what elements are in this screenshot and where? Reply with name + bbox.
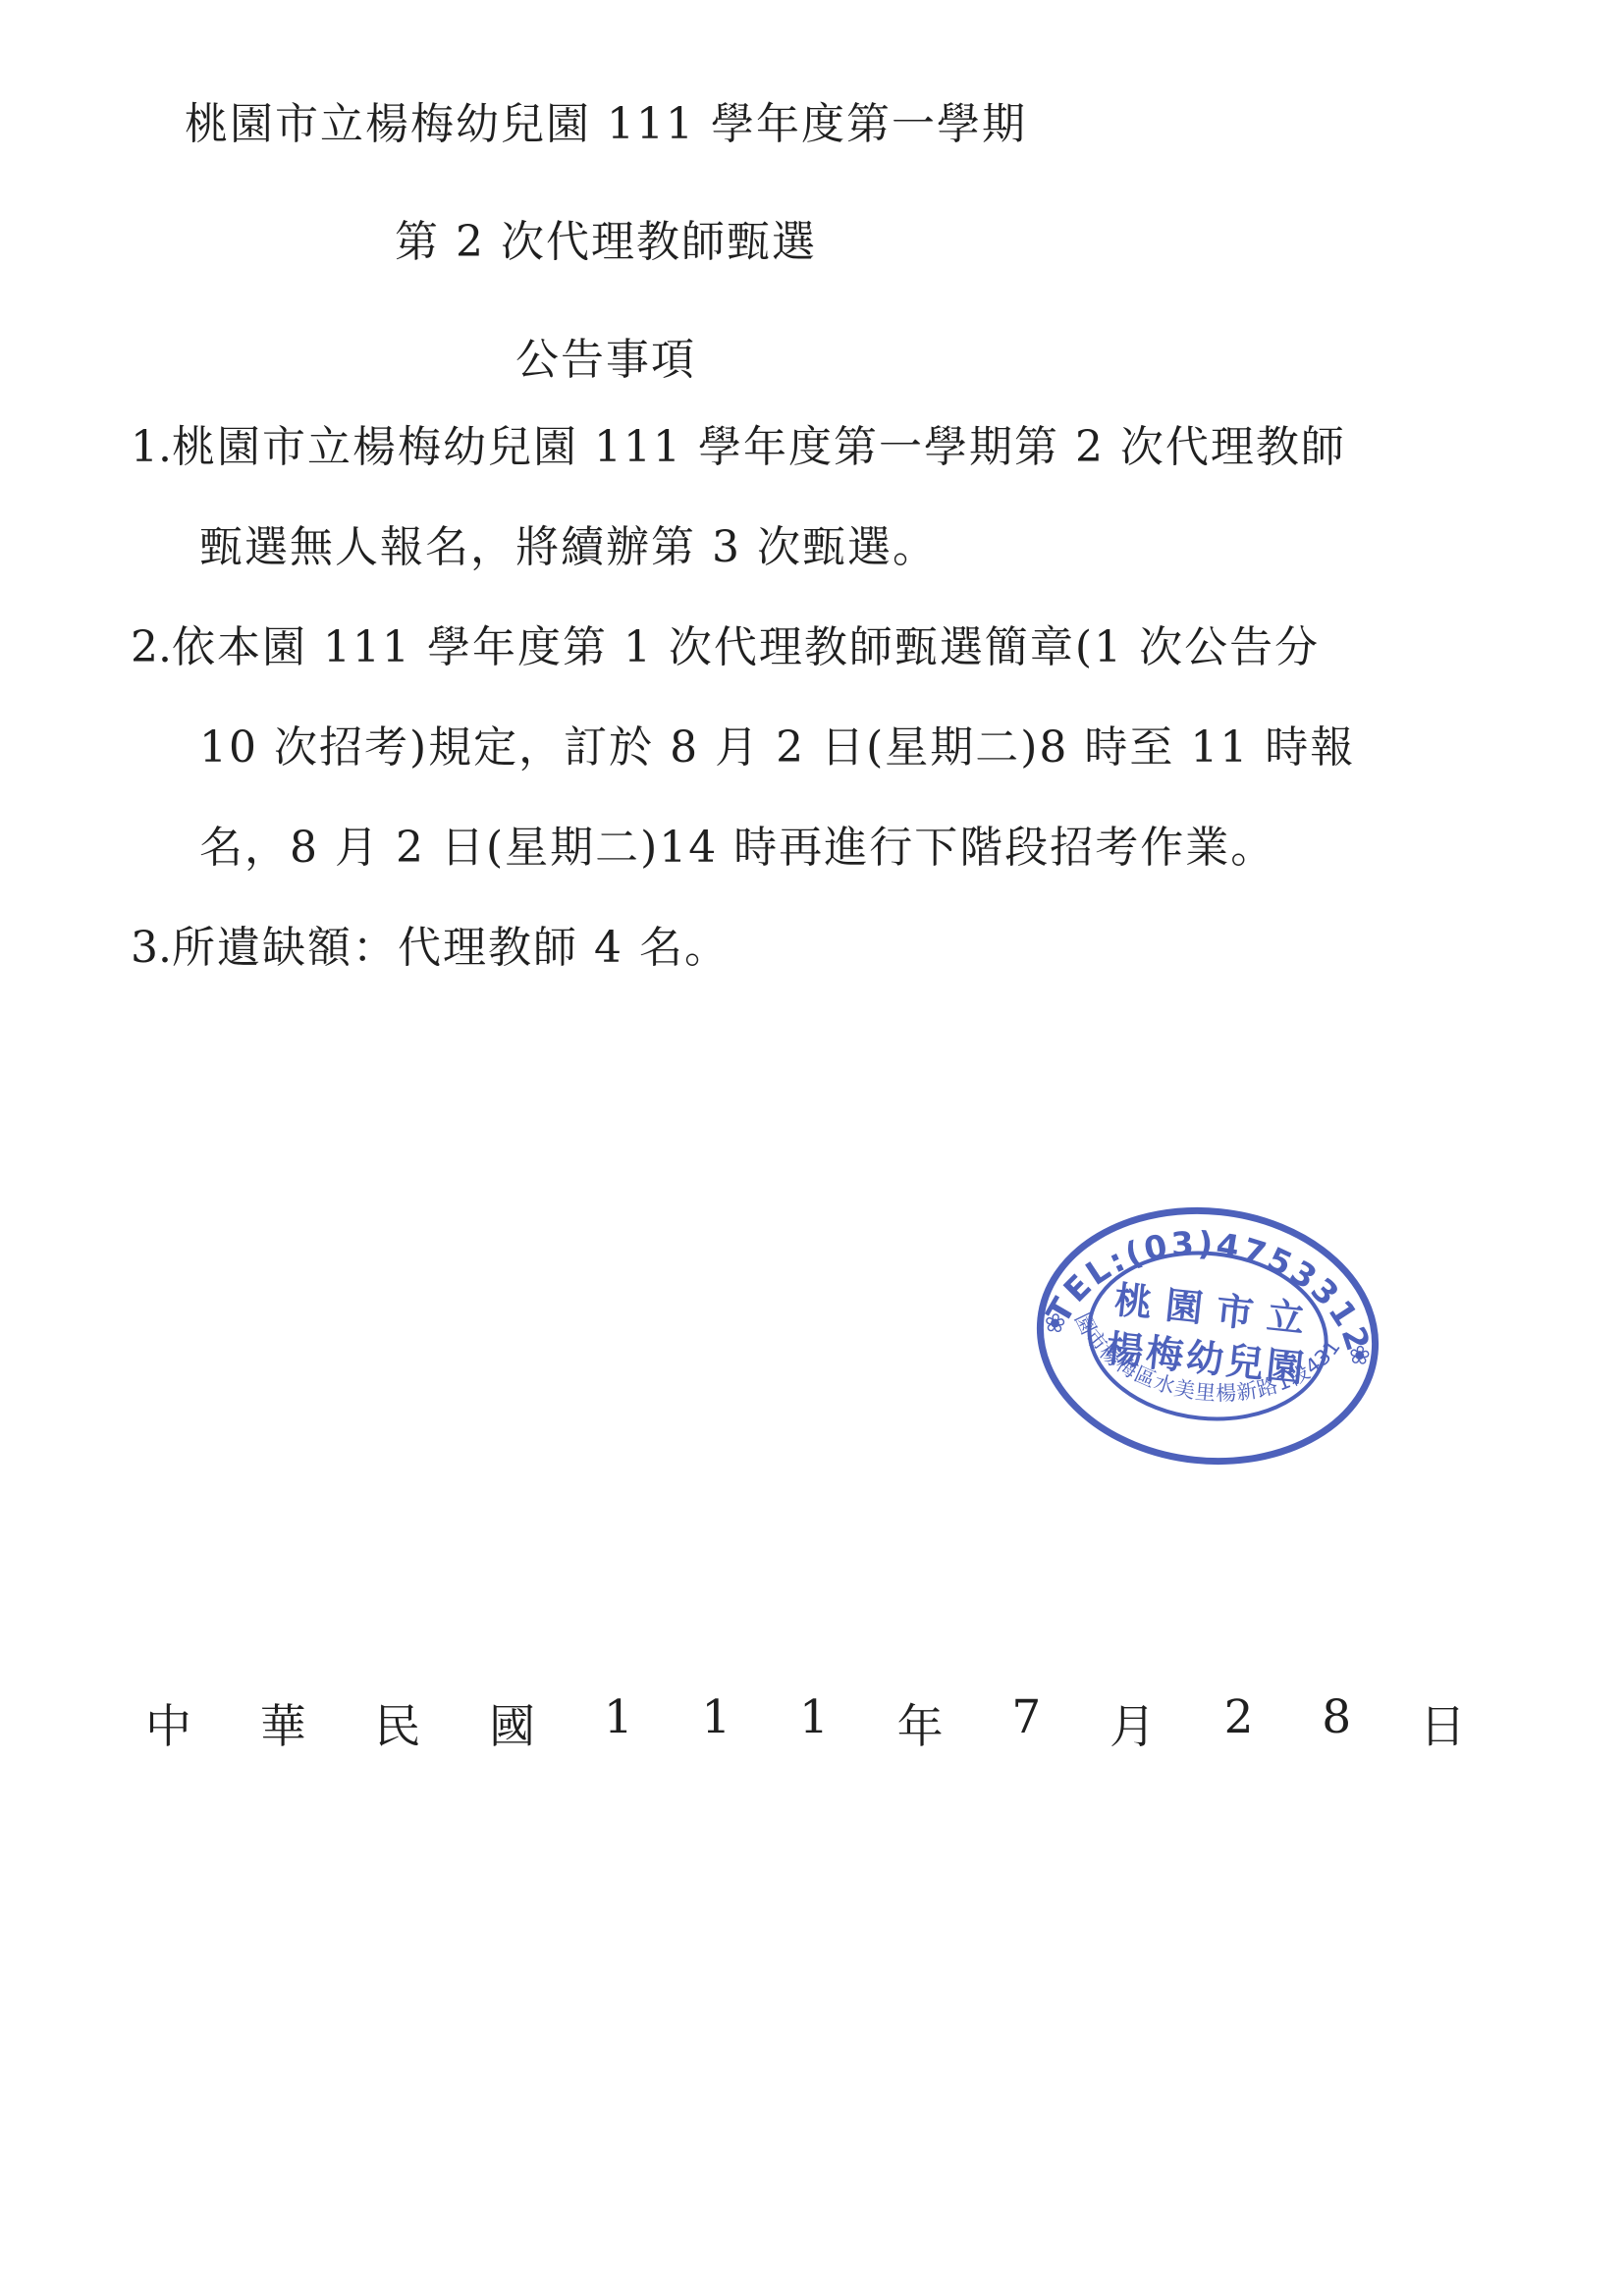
list-item-1-text: 桃園市立楊梅幼兒園 111 學年度第一學期第 2 次代理教師 xyxy=(172,422,1346,472)
date-token: 1 xyxy=(604,1690,633,1756)
list-item-2-text: 依本園 111 學年度第 1 次代理教師甄選簡章(1 次公告分 xyxy=(172,622,1320,672)
flower-icon-left: ❀ xyxy=(1043,1308,1067,1340)
list-item-3-line-1: 3.所遺缺額：代理教師 4 名。 xyxy=(131,898,1554,998)
date-token: 民 xyxy=(374,1690,420,1756)
document-title-line3: 公告事項 xyxy=(131,324,1081,387)
date-token: 月 xyxy=(1110,1690,1156,1756)
list-item-1-line-1: 1.桃園市立楊梅幼兒園 111 學年度第一學期第 2 次代理教師 xyxy=(131,398,1554,498)
date-token: 國 xyxy=(489,1690,535,1756)
document-title-line2: 第 2 次代理教師甄選 xyxy=(131,206,1081,269)
document-title-line1: 桃園市立楊梅幼兒園 111 學年度第一學期 xyxy=(131,88,1081,151)
list-item-2-line-3: 名，8 月 2 日(星期二)14 時再進行下階段招考作業。 xyxy=(131,798,1554,898)
date-line: 中 華 民 國 1 1 1 年 7 月 2 8 日 xyxy=(145,1690,1466,1756)
official-stamp: TEL:(03)4753312 桃園市楊梅區水美里楊新路1段431號 ❀ ❀ 桃… xyxy=(1017,1176,1398,1496)
date-token: 華 xyxy=(260,1690,306,1756)
list-item-1-number: 1. xyxy=(131,398,172,498)
date-token: 年 xyxy=(897,1690,944,1756)
list-item-2-number: 2. xyxy=(131,598,172,698)
announcement-list: 1.桃園市立楊梅幼兒園 111 學年度第一學期第 2 次代理教師 甄選無人報名，… xyxy=(131,398,1554,998)
date-token: 中 xyxy=(145,1690,191,1756)
list-item-1-line-2: 甄選無人報名，將續辦第 3 次甄選。 xyxy=(131,498,1554,598)
date-token: 日 xyxy=(1420,1690,1466,1756)
document-page: 桃園市立楊梅幼兒園 111 學年度第一學期 第 2 次代理教師甄選 公告事項 1… xyxy=(0,0,1624,2296)
date-token: 1 xyxy=(701,1690,731,1756)
date-token: 1 xyxy=(799,1690,829,1756)
flower-icon-right: ❀ xyxy=(1347,1340,1372,1371)
list-item-3-number: 3. xyxy=(131,898,172,998)
official-stamp-graphic: TEL:(03)4753312 桃園市楊梅區水美里楊新路1段431號 ❀ ❀ 桃… xyxy=(1017,1176,1398,1496)
list-item-2-line-1: 2.依本園 111 學年度第 1 次代理教師甄選簡章(1 次公告分 xyxy=(131,598,1554,698)
date-token: 2 xyxy=(1224,1690,1254,1756)
list-item-3-text: 所遺缺額：代理教師 4 名。 xyxy=(172,923,730,973)
list-item-2-line-2: 10 次招考)規定，訂於 8 月 2 日(星期二)8 時至 11 時報 xyxy=(131,698,1554,798)
date-token: 7 xyxy=(1011,1690,1041,1756)
date-token: 8 xyxy=(1322,1690,1351,1756)
